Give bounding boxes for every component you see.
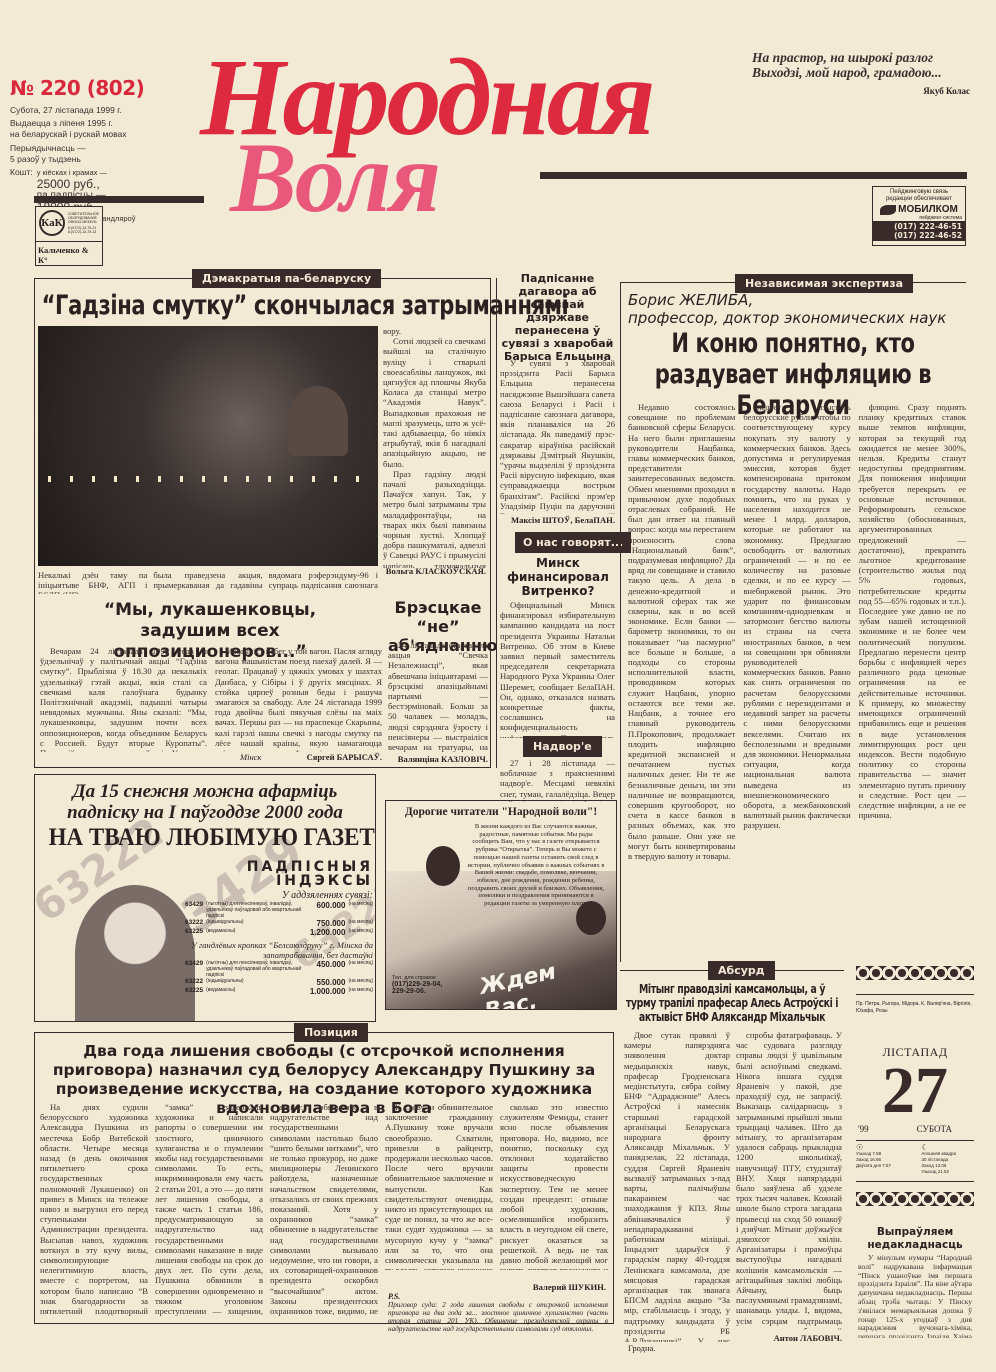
- epigraph-author: Якуб Колас: [752, 86, 982, 96]
- price-row: 63429(льготны) для пенсіянераў, інваліда…: [185, 960, 373, 978]
- headline-gadzina: “Гадзіна смутку” скончылася затрыманнямі: [42, 290, 479, 322]
- section1-title: У аддзяленнях сувязі:: [185, 890, 373, 901]
- masthead-rule-left: [34, 196, 204, 203]
- epigraph: На прастор, на шырокі разлог Выходзі, мо…: [752, 50, 982, 96]
- absurd-author: Антон ЛАБОВІЧ.: [774, 1333, 842, 1353]
- vitrenko-body: Официальный Минск финансировал избирател…: [500, 600, 615, 738]
- ad-mobilcom[interactable]: Пейджинговую связь редакции обеспечивает…: [872, 186, 966, 246]
- rubric-about-us: О нас говорят...: [515, 532, 631, 553]
- lukashenkovtsy-body: Вечарам 24 лістапада 1999 года я ўдзельн…: [40, 646, 382, 752]
- pushkin-ps-text: Приговор суда: 2 года лишения свободы с …: [388, 1301, 608, 1333]
- pushkin-ps: P.S. Приговор суда: 2 года лишения свобо…: [388, 1292, 608, 1333]
- headline-treaty: Падпісанне дагавора аб саюзнай дзяржаве …: [500, 272, 615, 363]
- frequency-value: 5 разоў у тыдзень: [10, 154, 160, 165]
- epigraph-line1: На прастор, на шырокі разлог: [752, 50, 982, 65]
- price-kiosk: 25000 руб.,: [37, 178, 136, 190]
- ad-subscription[interactable]: 63222 63429 63225 Да 15 снежня можна афа…: [34, 774, 376, 1022]
- kalchenko-logo: КаК: [39, 210, 65, 236]
- kalchenko-desc: СОВЕТИТЕЛЬНОЕ ОБОРУДОВАНИЕ ОФИСЫ МЕБЕЛЬ: [68, 212, 99, 224]
- ornament-bottom: [856, 1192, 974, 1206]
- mobilcom-line1: Пейджинговую связь: [873, 189, 965, 196]
- brest-author: Валянціна КАЗЛОВІЧ.: [388, 754, 488, 764]
- rubric-absurd: Абсурд: [708, 961, 775, 980]
- readers-phone2: 229-29-06.: [392, 988, 442, 995]
- calendar-names: Пр. Пятра, Рыгора, Мідора. К. Валяр'яна,…: [856, 1001, 974, 1015]
- kalchenko-phones: 8-(0172)-13-75-21 8-(0172)-13-75-13: [68, 226, 99, 234]
- rubric-weather: Надвор'е: [523, 736, 602, 757]
- ornament-top: [856, 966, 974, 980]
- price-row: 63225(ведамасны)1.200.000(на месяц): [185, 928, 373, 937]
- mobilcom-line2: редакции обеспечивает: [873, 196, 965, 203]
- headline-vitrenko: Минск финансировал Витренко?: [503, 556, 613, 598]
- photo-candle-vigil: [38, 326, 378, 566]
- mobilcom-logo-icon: [880, 205, 896, 215]
- subscription-line1: Да 15 снежня можна афарміць: [35, 781, 375, 802]
- moon-rise: Узыход 21.52: [921, 1169, 956, 1175]
- calendar-weekday: СУБОТА: [917, 1124, 952, 1134]
- column-divider: [496, 278, 497, 768]
- gadzina-photo-caption: Некалькі дзён таму па ініцыятыве БНФ, АГ…: [38, 570, 378, 594]
- price-row: 63225(ведамасны)1.000.000(на месяц): [185, 987, 373, 996]
- headline-absurd: Мітынг праводзілі камсамольцы, а ў турму…: [623, 982, 841, 1024]
- pushkin-ps-label: P.S.: [388, 1292, 608, 1301]
- weather-body: 27 і 28 лістапада — воблачнае з праяснен…: [500, 758, 615, 802]
- masthead-rule-right: [540, 172, 967, 179]
- treaty-body: У сувязі з хваробай прэзідэнта Расіі Бар…: [500, 358, 615, 514]
- section2-title: У гандлёвых кропках “Белсаюздруку” г. Мі…: [185, 940, 373, 960]
- issue-number: № 220 (802): [10, 76, 160, 100]
- newspaper-title-line2: Воля: [230, 128, 439, 228]
- price-row: 63222(індывідуальны)550.000(на месяц): [185, 978, 373, 987]
- expert-author-title: профессор, доктор экономических наук: [628, 309, 958, 327]
- price-row: 63429(льготны) для пенсіянераў, інваліда…: [185, 901, 373, 919]
- subscription-slogan: НА ТВАЮ ЛЮБІМУЮ ГАЗЕТУ!: [49, 823, 362, 853]
- expert-body: Недавно состоялось совещание по проблема…: [628, 402, 966, 958]
- ad-readers-postcard[interactable]: Дорогие читатели "Народной воли"! В жизн…: [385, 800, 617, 1010]
- mobilcom-brand: МОБИЛКОМ: [898, 204, 958, 215]
- lukashenkovtsy-author: Сяргей БАРЫСАЎ.: [307, 752, 382, 762]
- index-title-1: ПАДПІСНЫЯ: [185, 860, 373, 874]
- published-since: Выдаецца з ліпеня 1995 г.: [10, 118, 160, 129]
- gadzina-side-column: вору. Сотні людзей са свечкамі выйшлі на…: [383, 326, 486, 568]
- readers-phone1: (017)229-29-04,: [392, 981, 442, 988]
- mobilcom-phone2: (017) 222-46-52: [876, 231, 962, 240]
- rubric-position: Позиция: [294, 1023, 368, 1042]
- absurd-body: Двое сутак правялі ў камеры папярэдняга …: [624, 1030, 842, 1342]
- readers-headline: Дорогие читатели "Народной воли"!: [386, 806, 616, 818]
- section1-table: 63429(льготны) для пенсіянераў, інваліда…: [185, 901, 373, 937]
- price-label: Кошт:: [10, 167, 33, 235]
- calendar-day: 27: [856, 1060, 974, 1122]
- kalchenko-name: Кальченко & К°: [36, 241, 102, 268]
- headline-correction: Выпраўляем недакладнасць: [856, 1226, 974, 1251]
- calendar: Пр. Пятра, Рыгора, Мідора. К. Валяр'яна,…: [856, 966, 974, 1206]
- mobilcom-phone1: (017) 222-46-51: [876, 222, 962, 231]
- subscription-photo-man: [75, 885, 195, 1022]
- price-row: 63222(індывідуальны)750.000(на месяц): [185, 919, 373, 928]
- rubric-independent-expertise: Независимая экспертиза: [735, 274, 913, 293]
- expert-author-name: Борис ЖЕЛИБА,: [628, 292, 958, 309]
- treaty-author: Максім ШТОЎ, БелаПАН.: [500, 515, 615, 525]
- pushkin-author: Валерий ШУКИН.: [500, 1282, 606, 1292]
- subscription-line2: падпіску на І паўгоддзе 2000 года: [35, 802, 375, 823]
- readers-text: В жизни каждого из Вас случаются важные,…: [466, 823, 606, 908]
- epigraph-line2: Выходзі, мой народ, грамадою...: [752, 65, 982, 80]
- frequency-label: Перыядычнасць —: [10, 143, 160, 154]
- ad-kalchenko[interactable]: КаК СОВЕТИТЕЛЬНОЕ ОБОРУДОВАНИЕ ОФИСЫ МЕБ…: [35, 206, 103, 266]
- lukashenkovtsy-place: Мінск: [240, 752, 261, 762]
- index-title-2: ІНДЭКСЫ: [185, 874, 373, 888]
- rubric-democracy: Дэмакратыя па-беларуску: [192, 269, 381, 288]
- issue-date: Субота, 27 лістапада 1999 г.: [10, 105, 160, 116]
- correction-body: У мінулым нумары “Народнай волі” надрука…: [858, 1254, 972, 1338]
- absurd-place: Гродна.: [628, 1343, 655, 1353]
- section2-table: 63429(льготны) для пенсіянераў, інваліда…: [185, 960, 373, 996]
- gadzina-author: Вольга КЛАСКОЎСКАЯ.: [383, 566, 486, 576]
- day-length: Даўгата дня 7.57: [856, 1163, 891, 1169]
- languages: на беларускай і рускай мовах: [10, 129, 160, 140]
- brest-body: 24 лістапада стартавала акцыя “Свечка Не…: [388, 640, 488, 752]
- calendar-year: '99: [858, 1124, 869, 1134]
